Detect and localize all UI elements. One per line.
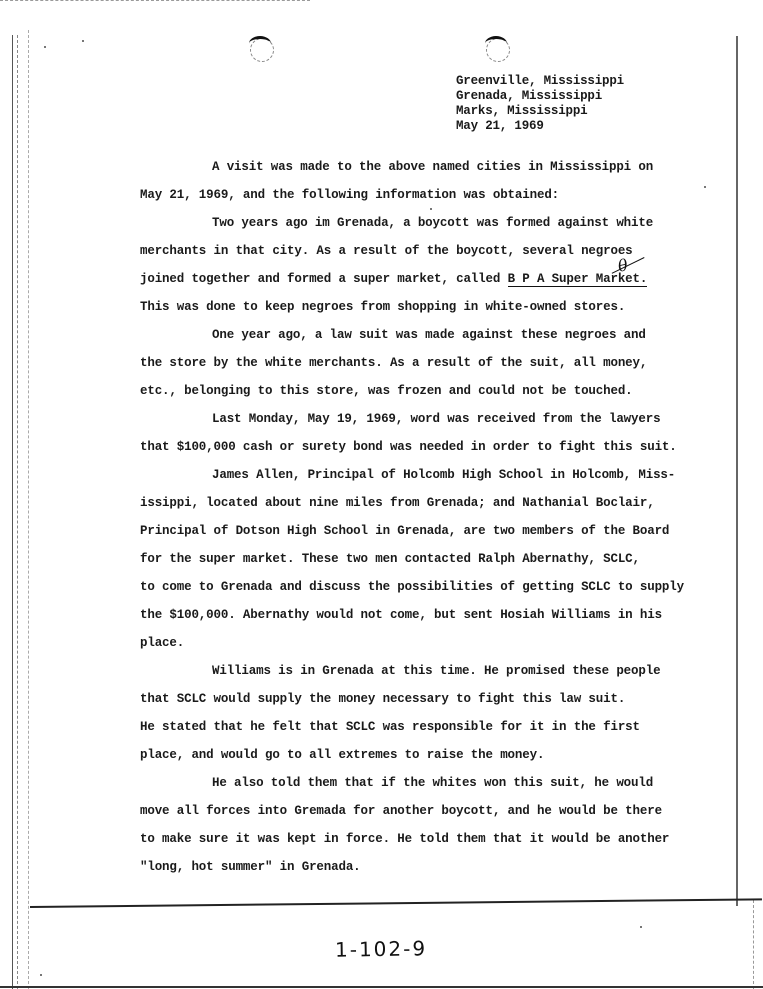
- bottom-page-rule: [30, 898, 762, 908]
- text-line: A visit was made to the above named citi…: [140, 158, 653, 176]
- punch-hole-icon: [250, 38, 274, 62]
- top-edge-dashes: [0, 0, 310, 1]
- scan-speck: [44, 46, 46, 48]
- text-line: for the super market. These two men cont…: [140, 550, 640, 568]
- text-line: the store by the white merchants. As a r…: [140, 354, 647, 372]
- left-page-edge: [12, 35, 18, 989]
- scan-speck: [704, 186, 706, 188]
- text-line: etc., belonging to this store, was froze…: [140, 382, 633, 400]
- text-line: Two years ago im Grenada, a boycott was …: [140, 214, 653, 232]
- text-line: May 21, 1969, and the following informat…: [140, 186, 559, 204]
- text-line: that $100,000 cash or surety bond was ne…: [140, 438, 677, 456]
- text-line: He stated that he felt that SCLC was res…: [140, 718, 640, 736]
- scan-speck: [640, 926, 642, 928]
- text-line: One year ago, a law suit was made agains…: [140, 326, 646, 344]
- text-segment: joined together and formed a super marke…: [140, 272, 508, 286]
- text-line: "long, hot summer" in Grenada.: [140, 858, 361, 876]
- location-date-header: Greenville, Mississippi Grenada, Mississ…: [456, 74, 624, 134]
- text-line: to make sure it was kept in force. He to…: [140, 830, 669, 848]
- right-page-edge-lower: [753, 900, 754, 989]
- report-date: May 21, 1969: [456, 119, 624, 134]
- text-line: Williams is in Grenada at this time. He …: [140, 662, 660, 680]
- bottom-edge-rule: [0, 986, 763, 988]
- text-line: issippi, located about nine miles from G…: [140, 494, 655, 512]
- text-line: merchants in that city. As a result of t…: [140, 242, 633, 260]
- handwritten-serial-number: 1-102-9: [335, 936, 427, 962]
- right-page-edge: [736, 36, 738, 906]
- text-line: This was done to keep negroes from shopp…: [140, 298, 625, 316]
- text-line: the $100,000. Abernathy would not come, …: [140, 606, 662, 624]
- text-line: place.: [140, 634, 184, 652]
- text-line: place, and would go to all extremes to r…: [140, 746, 544, 764]
- text-line: move all forces into Gremada for another…: [140, 802, 662, 820]
- text-line: joined together and formed a super marke…: [140, 270, 647, 288]
- scan-speck: [430, 208, 432, 210]
- scan-speck: [40, 974, 42, 976]
- location-line: Grenada, Mississippi: [456, 89, 624, 104]
- text-line: Principal of Dotson High School in Grena…: [140, 522, 669, 540]
- location-line: Marks, Mississippi: [456, 104, 624, 119]
- left-page-edge-inner: [28, 30, 29, 989]
- text-line: He also told them that if the whites won…: [140, 774, 653, 792]
- location-line: Greenville, Mississippi: [456, 74, 624, 89]
- text-line: James Allen, Principal of Holcomb High S…: [140, 466, 675, 484]
- text-line: Last Monday, May 19, 1969, word was rece…: [140, 410, 660, 428]
- punch-hole-icon: [486, 38, 510, 62]
- text-line: to come to Grenada and discuss the possi…: [140, 578, 684, 596]
- text-line: that SCLC would supply the money necessa…: [140, 690, 625, 708]
- scan-speck: [82, 40, 84, 42]
